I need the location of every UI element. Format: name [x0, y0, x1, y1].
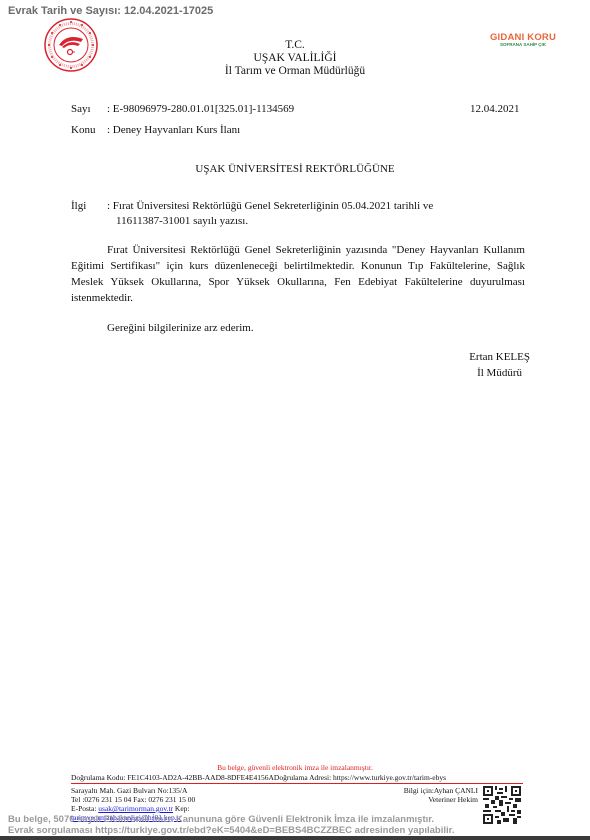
closing-line: Gereğini bilgilerinize arz ederim.	[107, 322, 254, 334]
sayi-label: Sayı	[71, 103, 91, 115]
verify-code: Doğrulama Kodu: FE1C4103-AD2A-42BB-AAD8-…	[71, 773, 274, 782]
ilgi-label: İlgi	[71, 200, 86, 212]
info-title: Veteriner Hekim	[360, 795, 478, 804]
valilik-heading: UŞAK VALİLİĞİ	[0, 52, 590, 65]
kep-label: Kep:	[175, 804, 190, 813]
phone-fax: Tel :0276 231 15 04 Fax: 0276 231 15 00	[71, 795, 195, 804]
ilgi-line2: 11611387-31001 sayılı yazısı.	[116, 215, 248, 227]
verify-address: Doğrulama Adresi: https://www.turkiye.go…	[274, 773, 446, 782]
recipient: UŞAK ÜNİVERSİTESİ REKTÖRLÜĞÜNE	[0, 163, 590, 175]
document-date: 12.04.2021	[470, 103, 520, 115]
contact-info: Bilgi için:Ayhan ÇANLI Veteriner Hekim	[360, 786, 478, 804]
info-person: Bilgi için:Ayhan ÇANLI	[360, 786, 478, 795]
konu-label: Konu	[71, 124, 95, 136]
signer-name: Ertan KELEŞ	[430, 351, 530, 363]
mudurluk-heading: İl Tarım ve Orman Müdürlüğü	[0, 65, 590, 78]
overlay-query-url: Evrak sorgulaması https://turkiye.gov.tr…	[8, 825, 454, 836]
footer-divider	[71, 783, 523, 784]
esign-notice: Bu belge, güvenli elektronik imza ile im…	[200, 763, 390, 772]
tc-heading: T.C.	[0, 39, 590, 52]
sayi-value: : E-98096979-280.01.01[325.01]-1134569	[107, 103, 294, 115]
body-paragraph: Fırat Üniversitesi Rektörlüğü Genel Sekr…	[71, 242, 525, 306]
bottom-bar	[0, 836, 590, 840]
address: Sarayaltı Mah. Gazi Bulvarı No:135/A	[71, 786, 195, 795]
verify-line: Doğrulama Kodu: FE1C4103-AD2A-42BB-AAD8-…	[71, 773, 446, 782]
ilgi-line1: : Fırat Üniversitesi Rektörlüğü Genel Se…	[107, 200, 433, 212]
konu-value: : Deney Hayvanları Kurs İlanı	[107, 124, 240, 136]
signer-title: İl Müdürü	[430, 367, 522, 379]
overlay-esign-law: Bu belge, 5070 sayılı Elektronik İmza Ka…	[8, 814, 434, 825]
email-link[interactable]: usak@tarimorman.gov.tr	[98, 804, 173, 813]
email-line: E-Posta: usak@tarimorman.gov.tr Kep:	[71, 804, 195, 813]
email-label: E-Posta:	[71, 804, 96, 813]
qr-code-icon	[483, 786, 521, 824]
evrak-header: Evrak Tarih ve Sayısı: 12.04.2021-17025	[8, 5, 213, 17]
